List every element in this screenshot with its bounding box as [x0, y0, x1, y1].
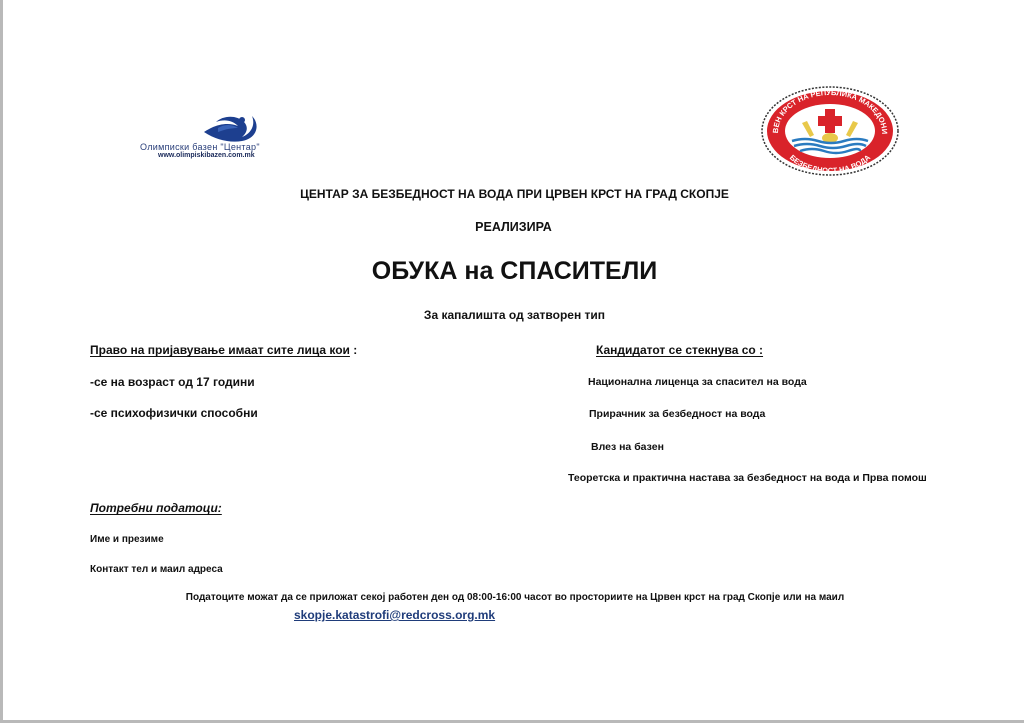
eligibility-item: -се психофизички способни: [90, 406, 258, 420]
contact-email-link[interactable]: skopje.katastrofi@redcross.org.mk: [294, 608, 511, 622]
pool-logo-name: Олимписки базен "Центар": [140, 142, 260, 152]
benefit-item: Прирачник за безбедност на вода: [589, 408, 765, 420]
page-title: ОБУКА на СПАСИТЕЛИ: [0, 257, 1024, 286]
red-cross-water-safety-icon: ЦРВЕН КРСТ НА РЕПУБЛИКА МАКЕДОНИЈА БЕЗБЕ…: [760, 85, 900, 177]
realizes-heading: РЕАЛИЗИРА: [0, 220, 1024, 234]
required-data-item: Име и презиме: [90, 534, 164, 545]
organization-heading: ЦЕНТАР ЗА БЕЗБЕДНОСТ НА ВОДА ПРИ ЦРВЕН К…: [0, 187, 1024, 201]
olympic-pool-logo: Олимписки базен "Центар" www.olimpiskiba…: [138, 110, 313, 162]
benefit-item: Теоретска и практична настава за безбедн…: [568, 472, 927, 484]
submission-note: Податоците можат да се приложат секој ра…: [0, 592, 1024, 603]
red-cross-emblem: ЦРВЕН КРСТ НА РЕПУБЛИКА МАКЕДОНИЈА БЕЗБЕ…: [760, 85, 900, 177]
eligibility-heading: Право на пријавување имаат сите лица кои…: [90, 343, 357, 357]
benefit-item: Влез на базен: [591, 441, 664, 453]
required-data-item: Контакт тел и маил адреса: [90, 564, 223, 575]
eligibility-item: -се на возраст од 17 години: [90, 375, 255, 389]
page-edge-left: [0, 0, 3, 723]
benefits-heading: Кандидатот се стекнува со :: [596, 343, 763, 357]
eligibility-heading-text: Право на пријавување имаат сите лица кои: [90, 343, 350, 357]
swimmer-wave-icon: [198, 110, 262, 142]
required-data-heading: Потребни податоци:: [90, 501, 222, 515]
pool-logo-url: www.olimpiskibazen.com.mk: [158, 152, 255, 159]
flyer-page: Олимписки базен "Центар" www.olimpiskiba…: [0, 0, 1024, 723]
benefit-item: Национална лиценца за спасител на вода: [588, 376, 807, 388]
eligibility-heading-colon: :: [350, 343, 357, 357]
page-subtitle: За капалишта од затворен тип: [0, 308, 1024, 322]
